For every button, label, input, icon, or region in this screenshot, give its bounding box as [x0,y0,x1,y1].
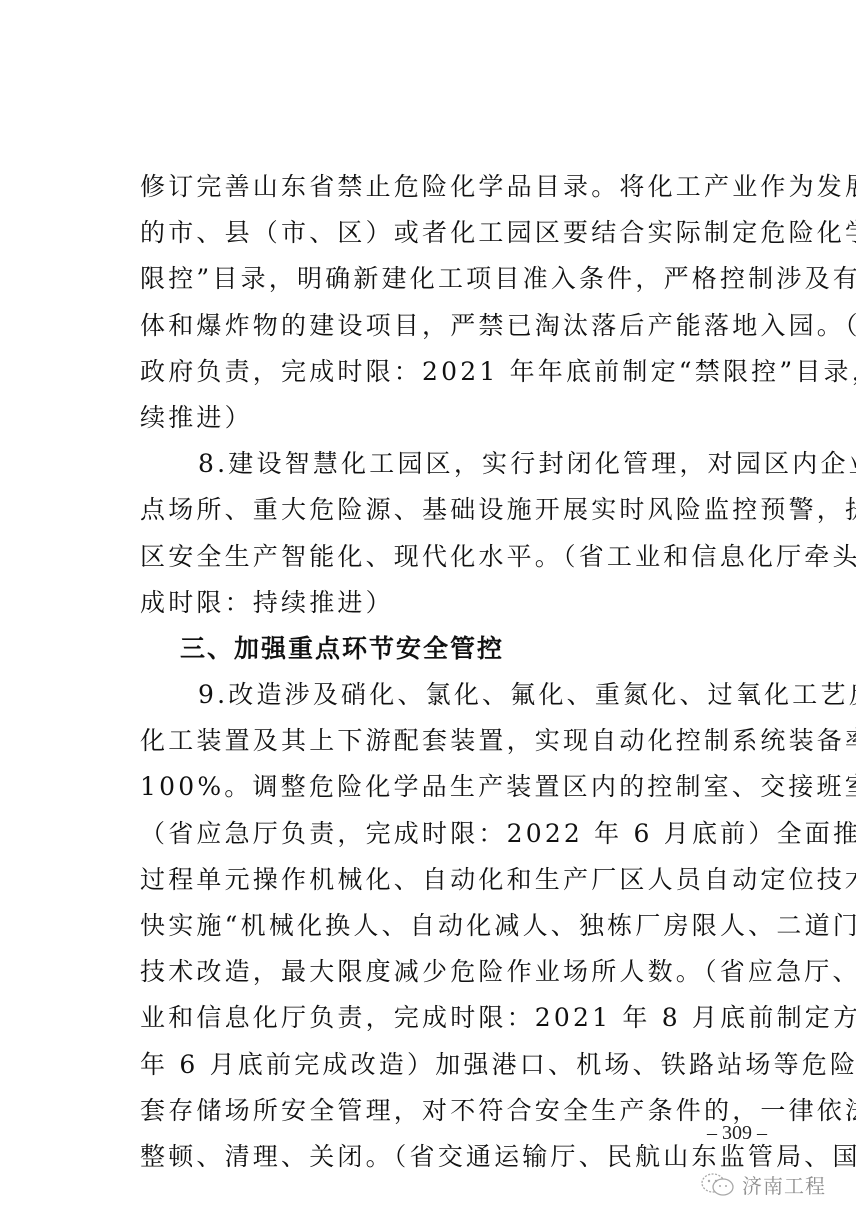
text-line: 区安全生产智能化、现代化水平。（省工业和信息化厅牵头，完 [140,534,750,580]
text-line: 100%。调整危险化学品生产装置区内的控制室、交接班室等布局。 [140,764,750,810]
page-number: – 309 – [707,1122,767,1145]
body-text: 修订完善山东省禁止危险化学品目录。将化工产业作为发展重点 的市、县（市、区）或者… [140,164,750,1180]
wechat-icon [700,1172,736,1198]
paragraph-start-item-9: 9.改造涉及硝化、氯化、氟化、重氮化、过氧化工艺反应的 [140,672,750,718]
text-line: 技术改造，最大限度减少危险作业场所人数。（省应急厅、省工 [140,949,750,995]
text-line: 成时限：持续推进） [140,580,750,626]
text-line: 化工装置及其上下游配套装置，实现自动化控制系统装备率达到 [140,718,750,764]
watermark-text: 济南工程 [742,1170,826,1199]
text-line: 限控”目录，明确新建化工项目准入条件，严格控制涉及有毒气 [140,256,750,302]
text-line: 业和信息化厅负责，完成时限：2021 年 8 月底前制定方案，2022 [140,995,750,1041]
text-line: 套存储场所安全管理，对不符合安全生产条件的，一律依法予以 [140,1088,750,1134]
text-line: 点场所、重大危险源、基础设施开展实时风险监控预警，提高园 [140,487,750,533]
text-line: 的市、县（市、区）或者化工园区要结合实际制定危险化学品“禁 [140,210,750,256]
watermark: 济南工程 [700,1170,826,1199]
text-line: （省应急厅负责，完成时限：2022 年 6 月底前）全面推广化工 [140,811,750,857]
text-line: 体和爆炸物的建设项目，严禁已淘汰落后产能落地入园。（各市 [140,303,750,349]
text-line: 年 6 月底前完成改造）加强港口、机场、铁路站场等危险货物配 [140,1042,750,1088]
text-line: 修订完善山东省禁止危险化学品目录。将化工产业作为发展重点 [140,164,750,210]
text-line: 整顿、清理、关闭。（省交通运输厅、民航山东监管局、国铁济 [140,1134,750,1180]
document-page: 修订完善山东省禁止危险化学品目录。将化工产业作为发展重点 的市、县（市、区）或者… [0,0,856,1225]
section-heading: 三、加强重点环节安全管控 [140,626,750,672]
paragraph-start-item-8: 8.建设智慧化工园区，实行封闭化管理，对园区内企业、重 [140,441,750,487]
text-line: 续推进） [140,395,750,441]
text-line: 政府负责，完成时限：2021 年年底前制定“禁限控”目录，持 [140,349,750,395]
text-line: 快实施“机械化换人、自动化减人、独栋厂房限人、二道门防人” [140,903,750,949]
text-line: 过程单元操作机械化、自动化和生产厂区人员自动定位技术，加 [140,857,750,903]
